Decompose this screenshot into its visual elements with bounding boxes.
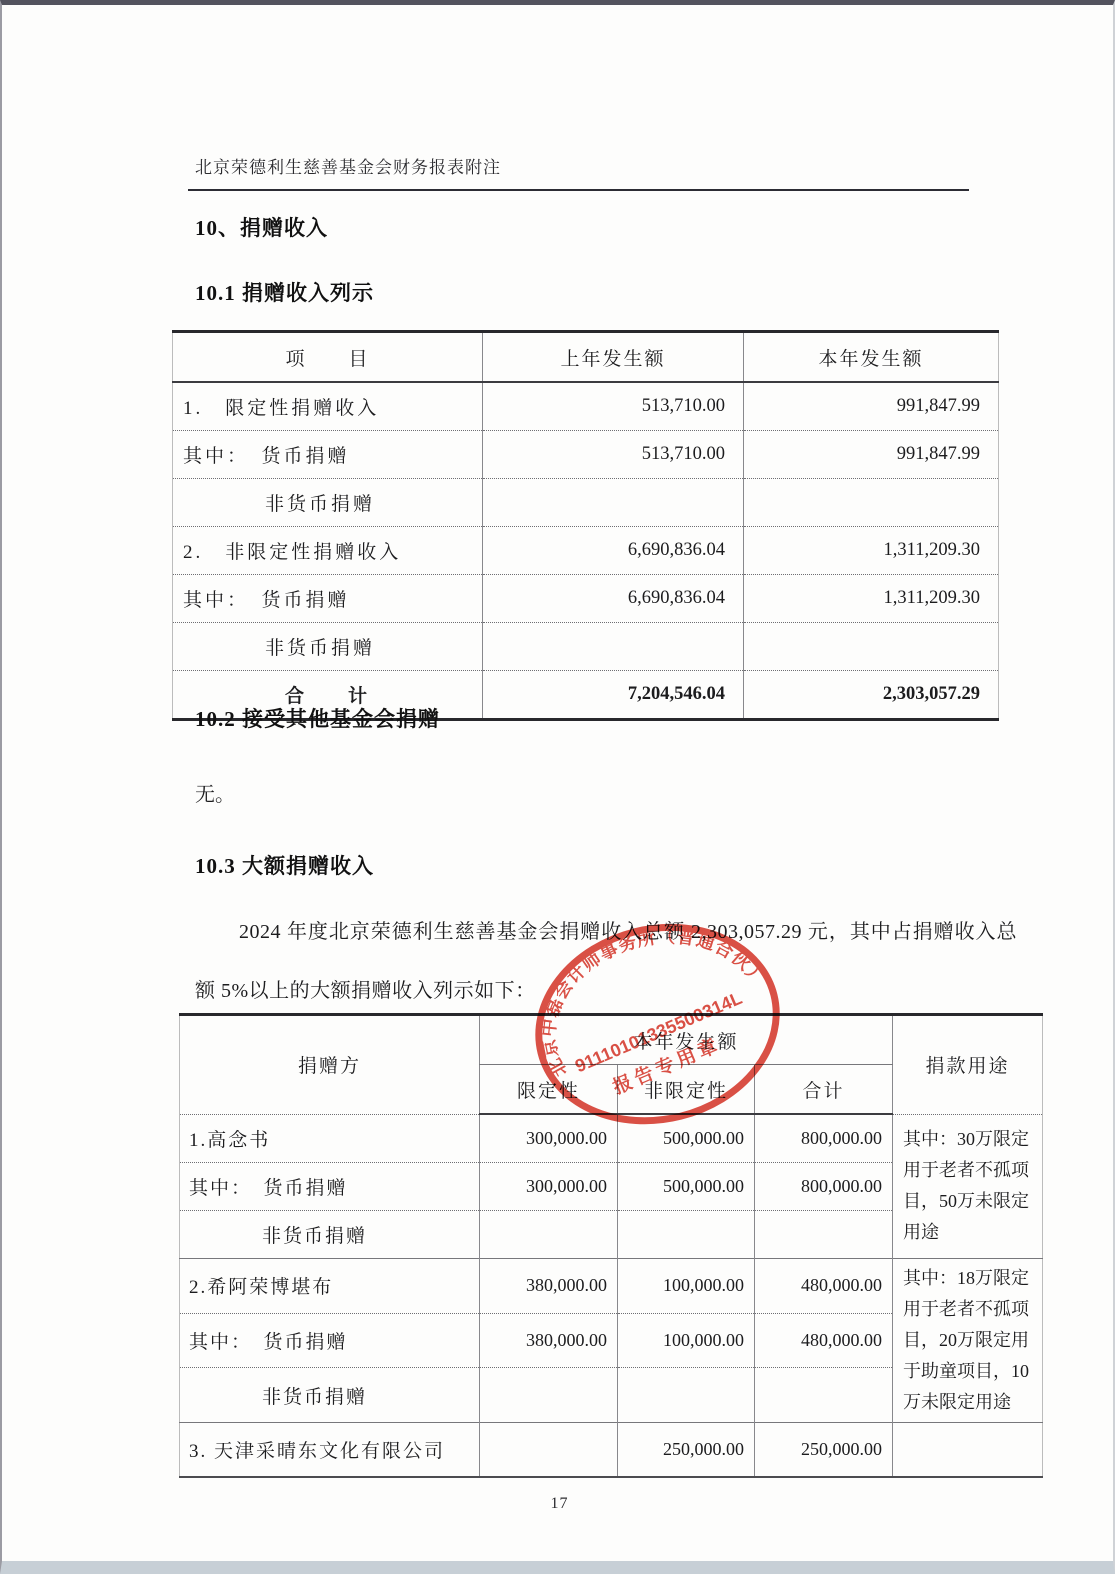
table-row: 非货币捐赠 xyxy=(173,623,999,671)
col-header-prev-year: 上年发生额 xyxy=(483,332,744,383)
restricted-value xyxy=(480,1368,618,1423)
document-header-title: 北京荣德利生慈善基金会财务报表附注 xyxy=(195,153,501,178)
total-curr-value: 2,303,057.29 xyxy=(744,671,999,720)
col-header-restricted: 限定性 xyxy=(480,1065,618,1115)
total-value: 800,000.00 xyxy=(755,1163,893,1211)
section-10-3-title: 10.3 大额捐赠收入 xyxy=(195,850,374,880)
row-prev-value: 6,690,836.04 xyxy=(483,575,744,623)
row-label: 非货币捐赠 xyxy=(173,479,483,527)
large-donation-paragraph: 2024 年度北京荣德利生慈善基金会捐赠收入总额 2,303,057.29 元，… xyxy=(195,903,1017,1021)
col-header-donor: 捐赠方 xyxy=(180,1015,480,1115)
section-10-1-title: 10.1 捐赠收入列示 xyxy=(195,277,374,307)
donor-name: 2.希阿荣博堪布 xyxy=(180,1259,480,1314)
row-label: 非货币捐赠 xyxy=(173,623,483,671)
donation-purpose xyxy=(893,1423,1043,1478)
row-prev-value: 513,710.00 xyxy=(483,431,744,479)
restricted-value: 300,000.00 xyxy=(480,1114,618,1163)
row-prev-value xyxy=(483,479,744,527)
row-curr-value xyxy=(744,623,999,671)
table-row: 2. 非限定性捐赠收入 6,690,836.04 1,311,209.30 xyxy=(173,527,999,575)
unrestricted-value: 500,000.00 xyxy=(618,1163,755,1211)
row-prev-value: 6,690,836.04 xyxy=(483,527,744,575)
table-row: 3. 天津采晴东文化有限公司 250,000.00 250,000.00 xyxy=(180,1423,1043,1478)
col-header-current-year-group: 本年发生额 xyxy=(480,1015,893,1065)
section-10-title: 10、捐赠收入 xyxy=(195,212,328,242)
unrestricted-value: 500,000.00 xyxy=(618,1114,755,1163)
donation-purpose: 其中：30万限定用于老者不孤项目，50万未限定用途 xyxy=(893,1114,1043,1259)
section-10-2-title: 10.2 接受其他基金会捐赠 xyxy=(195,703,440,733)
restricted-value: 380,000.00 xyxy=(480,1313,618,1368)
row-curr-value: 991,847.99 xyxy=(744,431,999,479)
donor-name: 非货币捐赠 xyxy=(180,1211,480,1259)
row-label: 其中： 货币捐赠 xyxy=(173,575,483,623)
total-value: 480,000.00 xyxy=(755,1313,893,1368)
table-row: 1.高念书 300,000.00 500,000.00 800,000.00 其… xyxy=(180,1114,1043,1163)
total-value: 800,000.00 xyxy=(755,1114,893,1163)
table-row: 2.希阿荣博堪布 380,000.00 100,000.00 480,000.0… xyxy=(180,1259,1043,1314)
col-header-curr-year: 本年发生额 xyxy=(744,332,999,383)
donor-name: 1.高念书 xyxy=(180,1114,480,1163)
row-prev-value: 513,710.00 xyxy=(483,382,744,431)
total-prev-value: 7,204,546.04 xyxy=(483,671,744,720)
page-number: 17 xyxy=(2,1495,1115,1513)
row-label: 1. 限定性捐赠收入 xyxy=(173,382,483,431)
table-header-row-1: 捐赠方 本年发生额 捐款用途 xyxy=(180,1015,1043,1065)
row-curr-value xyxy=(744,479,999,527)
donor-name: 非货币捐赠 xyxy=(180,1368,480,1423)
table-header-row: 项 目 上年发生额 本年发生额 xyxy=(173,332,999,383)
unrestricted-value xyxy=(618,1211,755,1259)
col-header-unrestricted: 非限定性 xyxy=(618,1065,755,1115)
col-header-subtotal: 合计 xyxy=(755,1065,893,1115)
donor-name: 3. 天津采晴东文化有限公司 xyxy=(180,1423,480,1478)
restricted-value xyxy=(480,1211,618,1259)
row-label: 其中： 货币捐赠 xyxy=(173,431,483,479)
header-divider xyxy=(188,189,969,191)
donor-name: 其中： 货币捐赠 xyxy=(180,1313,480,1368)
table-row: 非货币捐赠 xyxy=(173,479,999,527)
total-value xyxy=(755,1368,893,1423)
restricted-value: 380,000.00 xyxy=(480,1259,618,1314)
table-row: 1. 限定性捐赠收入 513,710.00 991,847.99 xyxy=(173,382,999,431)
col-header-item: 项 目 xyxy=(173,332,483,383)
table-row: 其中： 货币捐赠 513,710.00 991,847.99 xyxy=(173,431,999,479)
restricted-value: 300,000.00 xyxy=(480,1163,618,1211)
donation-income-table: 项 目 上年发生额 本年发生额 1. 限定性捐赠收入 513,710.00 99… xyxy=(172,330,999,721)
row-curr-value: 1,311,209.30 xyxy=(744,575,999,623)
row-label: 2. 非限定性捐赠收入 xyxy=(173,527,483,575)
section-10-2-body: 无。 xyxy=(195,778,235,807)
donor-name: 其中： 货币捐赠 xyxy=(180,1163,480,1211)
document-page: 北京荣德利生慈善基金会财务报表附注 10、捐赠收入 10.1 捐赠收入列示 项 … xyxy=(0,0,1115,1574)
total-value: 480,000.00 xyxy=(755,1259,893,1314)
row-prev-value xyxy=(483,623,744,671)
total-value: 250,000.00 xyxy=(755,1423,893,1478)
restricted-value xyxy=(480,1423,618,1478)
col-header-purpose: 捐款用途 xyxy=(893,1015,1043,1115)
large-donation-table: 捐赠方 本年发生额 捐款用途 限定性 非限定性 合计 1.高念书 300,000… xyxy=(179,1013,1043,1478)
row-curr-value: 991,847.99 xyxy=(744,382,999,431)
unrestricted-value xyxy=(618,1368,755,1423)
unrestricted-value: 100,000.00 xyxy=(618,1313,755,1368)
unrestricted-value: 250,000.00 xyxy=(618,1423,755,1478)
total-value xyxy=(755,1211,893,1259)
row-curr-value: 1,311,209.30 xyxy=(744,527,999,575)
unrestricted-value: 100,000.00 xyxy=(618,1259,755,1314)
table-row: 其中： 货币捐赠 6,690,836.04 1,311,209.30 xyxy=(173,575,999,623)
donation-purpose: 其中：18万限定用于老者不孤项目，20万限定用于助童项目，10万未限定用途 xyxy=(893,1259,1043,1423)
